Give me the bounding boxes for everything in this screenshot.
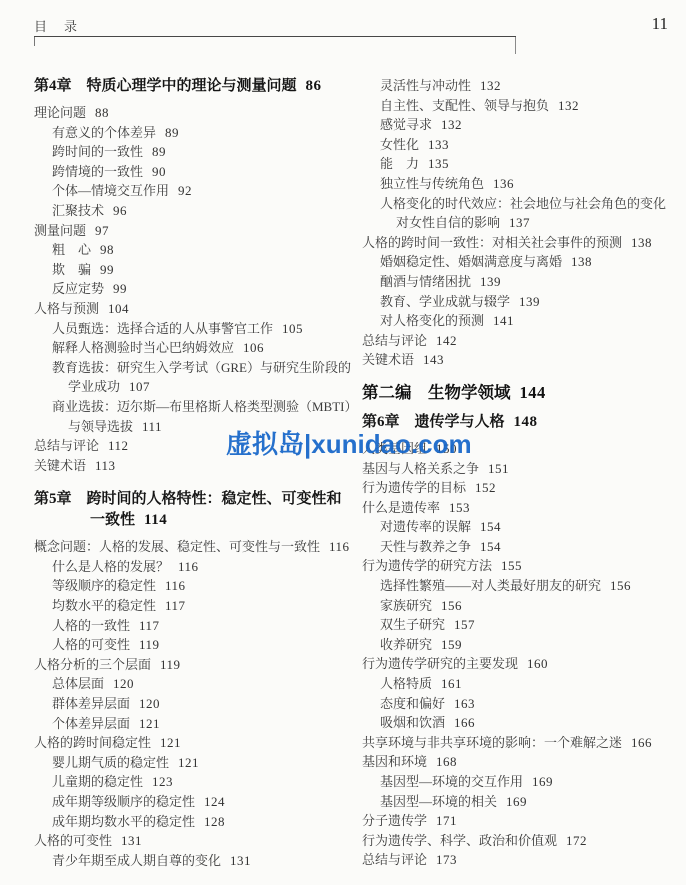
toc-entry-page: 105 <box>282 321 303 336</box>
toc-entry-page: 104 <box>108 301 129 316</box>
toc-entry-text: 行为遗传学的目标 <box>362 480 466 495</box>
toc-entry-page: 173 <box>436 852 457 867</box>
toc-entry: 成年期等级顺序的稳定性124 <box>34 792 362 812</box>
toc-entry-page: 139 <box>480 274 501 289</box>
toc-entry: 人格的跨时间稳定性121 <box>34 733 362 753</box>
toc-entry-text: 第二编 生物学领域 <box>362 383 511 402</box>
toc-entry-text: 成年期均数水平的稳定性 <box>52 814 195 829</box>
toc-entry: 关键术语143 <box>362 350 686 370</box>
toc-entry-text: 测量问题 <box>34 223 86 238</box>
toc-entry-text: 理论问题 <box>34 105 86 120</box>
toc-entry: 儿童期的稳定性123 <box>34 772 362 792</box>
toc-entry-text: 人格分析的三个层面 <box>34 657 151 672</box>
toc-entry-text: 婚姻稳定性、婚姻满意度与离婚 <box>380 254 562 269</box>
toc-entry-text: 欺 骗 <box>52 262 91 277</box>
toc-entry-text: 对女性自信的影响 <box>396 215 500 230</box>
toc-entry-page: 86 <box>306 78 322 94</box>
toc-entry-page: 136 <box>493 176 514 191</box>
toc-entry: 家族研究156 <box>362 596 686 616</box>
toc-entry: 人格与预测104 <box>34 299 362 319</box>
toc-entry: 总体层面120 <box>34 674 362 694</box>
toc-entry-text: 跨时间的一致性 <box>52 144 143 159</box>
toc-entry: 吸烟和饮酒166 <box>362 713 686 733</box>
toc-entry-text: 均数水平的稳定性 <box>52 598 156 613</box>
toc-entry-page: 121 <box>160 735 181 750</box>
toc-entry-text: 学业成功 <box>68 379 120 394</box>
toc-entry: 测量问题97 <box>34 221 362 241</box>
toc-entry: 灵活性与冲动性132 <box>362 76 686 96</box>
toc-entry-page: 89 <box>165 125 179 140</box>
toc-page: 目 录 11 第4章 特质心理学中的理论与测量问题86理论问题88有意义的个体差… <box>0 0 686 885</box>
toc-entry: 概念问题：人格的发展、稳定性、可变性与一致性116 <box>34 537 362 557</box>
toc-entry-text: 跨情境的一致性 <box>52 164 143 179</box>
toc-entry-text: 青少年期至成人期自尊的变化 <box>52 853 221 868</box>
toc-entry-page: 166 <box>454 715 475 730</box>
toc-entry-text: 人格变化的时代效应：社会地位与社会角色的变化 <box>380 196 666 211</box>
page-number: 11 <box>652 14 668 34</box>
toc-entry: 行为遗传学的目标152 <box>362 478 686 498</box>
toc-entry-text: 概念问题：人格的发展、稳定性、可变性与一致性 <box>34 539 320 554</box>
toc-entry-page: 172 <box>566 833 587 848</box>
toc-entry-text: 总结与评论 <box>362 333 427 348</box>
toc-entry-page: 121 <box>139 716 160 731</box>
toc-entry-text: 对遗传率的误解 <box>380 519 471 534</box>
toc-entry-text: 行为遗传学研究的主要发现 <box>362 656 518 671</box>
toc-entry-page: 117 <box>165 598 186 613</box>
toc-entry-page: 132 <box>480 78 501 93</box>
toc-entry-text: 一致性 <box>90 512 135 528</box>
toc-entry-text: 对人格变化的预测 <box>380 313 484 328</box>
toc-entry: 行为遗传学研究的主要发现160 <box>362 654 686 674</box>
toc-entry-text: 儿童期的稳定性 <box>52 774 143 789</box>
toc-entry: 能 力135 <box>362 154 686 174</box>
toc-entry: 学业成功107 <box>34 377 362 397</box>
toc-entry: 婚姻稳定性、婚姻满意度与离婚138 <box>362 252 686 272</box>
toc-entry-page: 161 <box>441 676 462 691</box>
toc-entry: 人格特质161 <box>362 674 686 694</box>
toc-entry-page: 99 <box>113 281 127 296</box>
toc-entry-page: 119 <box>160 657 181 672</box>
toc-entry-text: 第6章 遗传学与人格 <box>362 414 505 430</box>
toc-entry: 对女性自信的影响137 <box>362 213 686 233</box>
toc-entry: 人格变化的时代效应：社会地位与社会角色的变化 <box>362 194 686 214</box>
toc-entry: 粗 心98 <box>34 240 362 260</box>
toc-entry: 教育选拔：研究生入学考试（GRE）与研究生阶段的 <box>34 358 362 378</box>
toc-entry-text: 基因和环境 <box>362 754 427 769</box>
toc-entry-text: 关键术语 <box>362 352 414 367</box>
toc-entry-text: 收养研究 <box>380 637 432 652</box>
toc-entry: 基因与人格关系之争151 <box>362 459 686 479</box>
toc-entry-page: 132 <box>558 98 579 113</box>
toc-entry-text: 选择性繁殖——对人类最好朋友的研究 <box>380 578 601 593</box>
toc-entry-page: 148 <box>514 414 538 430</box>
toc-entry: 基因型—环境的交互作用169 <box>362 772 686 792</box>
toc-entry: 天性与教养之争154 <box>362 537 686 557</box>
toc-entry-page: 124 <box>204 794 225 809</box>
toc-entry-page: 159 <box>441 637 462 652</box>
toc-entry-text: 酗酒与情绪困扰 <box>380 274 471 289</box>
toc-entry: 基因型—环境的相关169 <box>362 792 686 812</box>
toc-entry: 基因和环境168 <box>362 752 686 772</box>
toc-entry-text: 天性与教养之争 <box>380 539 471 554</box>
toc-entry-text: 群体差异层面 <box>52 696 130 711</box>
toc-entry: 行为遗传学、科学、政治和价值观172 <box>362 831 686 851</box>
toc-entry-page: 89 <box>152 144 166 159</box>
toc-entry: 跨情境的一致性90 <box>34 162 362 182</box>
toc-entry: 对人格变化的预测141 <box>362 311 686 331</box>
toc-entry-page: 117 <box>139 618 160 633</box>
toc-entry-text: 等级顺序的稳定性 <box>52 578 156 593</box>
toc-entry-page: 144 <box>520 383 546 402</box>
toc-entry-text: 人格的可变性 <box>52 637 130 652</box>
toc-entry-page: 106 <box>243 340 264 355</box>
toc-entry: 双生子研究157 <box>362 615 686 635</box>
toc-entry-text: 行为遗传学的研究方法 <box>362 558 492 573</box>
toc-entry-text: 人格的可变性 <box>34 833 112 848</box>
toc-column-right: 灵活性与冲动性132自主性、支配性、领导与抱负132感觉寻求132女性化133能… <box>362 76 686 870</box>
watermark: 虚拟岛|xunidao.com <box>226 430 472 458</box>
toc-entry: 态度和偏好163 <box>362 694 686 714</box>
toc-entry-text: 独立性与传统角色 <box>380 176 484 191</box>
toc-entry: 什么是人格的发展？116 <box>34 557 362 577</box>
toc-entry: 个体差异层面121 <box>34 714 362 734</box>
toc-entry-page: 163 <box>454 696 475 711</box>
toc-entry: 人格的可变性119 <box>34 635 362 655</box>
toc-entry-page: 96 <box>113 203 127 218</box>
toc-entry: 有意义的个体差异89 <box>34 123 362 143</box>
toc-entry-page: 92 <box>178 183 192 198</box>
toc-entry: 等级顺序的稳定性116 <box>34 576 362 596</box>
toc-entry-text: 教育选拔：研究生入学考试（GRE）与研究生阶段的 <box>52 360 351 375</box>
toc-entry-text: 人格特质 <box>380 676 432 691</box>
toc-entry-page: 154 <box>480 539 501 554</box>
toc-entry-text: 能 力 <box>380 156 419 171</box>
toc-entry-page: 128 <box>204 814 225 829</box>
toc-entry-page: 90 <box>152 164 166 179</box>
toc-entry: 独立性与传统角色136 <box>362 174 686 194</box>
toc-entry: 理论问题88 <box>34 103 362 123</box>
toc-entry-text: 分子遗传学 <box>362 813 427 828</box>
toc-entry: 成年期均数水平的稳定性128 <box>34 812 362 832</box>
toc-entry: 分子遗传学171 <box>362 811 686 831</box>
toc-entry-text: 女性化 <box>380 137 419 152</box>
page-title: 目 录 <box>34 16 79 35</box>
toc-entry-text: 态度和偏好 <box>380 696 445 711</box>
toc-entry-text: 总结与评论 <box>362 852 427 867</box>
toc-entry: 女性化133 <box>362 135 686 155</box>
toc-entry-page: 131 <box>121 833 142 848</box>
toc-entry: 行为遗传学的研究方法155 <box>362 556 686 576</box>
toc-entry-text: 成年期等级顺序的稳定性 <box>52 794 195 809</box>
toc-entry-page: 88 <box>95 105 109 120</box>
toc-entry-page: 143 <box>423 352 444 367</box>
toc-entry-text: 行为遗传学、科学、政治和价值观 <box>362 833 557 848</box>
toc-column-left: 第4章 特质心理学中的理论与测量问题86理论问题88有意义的个体差异89跨时间的… <box>34 76 362 870</box>
toc-entry: 汇聚技术96 <box>34 201 362 221</box>
toc-entry: 第4章 特质心理学中的理论与测量问题86 <box>34 76 362 97</box>
toc-entry-page: 116 <box>329 539 350 554</box>
toc-entry: 感觉寻求132 <box>362 115 686 135</box>
toc-entry-text: 人员甄选：选择合适的人从事警官工作 <box>52 321 273 336</box>
toc-entry-page: 99 <box>100 262 114 277</box>
toc-entry-text: 教育、学业成就与辍学 <box>380 294 510 309</box>
toc-entry-page: 153 <box>449 500 470 515</box>
toc-entry-page: 107 <box>129 379 150 394</box>
toc-entry: 一致性114 <box>34 510 362 531</box>
toc-entry-page: 139 <box>519 294 540 309</box>
toc-entry-page: 156 <box>610 578 631 593</box>
toc-entry-text: 家族研究 <box>380 598 432 613</box>
toc-entry-text: 总体层面 <box>52 676 104 691</box>
toc-entry: 自主性、支配性、领导与抱负132 <box>362 96 686 116</box>
toc-entry: 均数水平的稳定性117 <box>34 596 362 616</box>
toc-entry-text: 基因与人格关系之争 <box>362 461 479 476</box>
toc-entry-text: 商业选拔：迈尔斯—布里格斯人格类型测验（MBTI） <box>52 399 358 414</box>
toc-entry: 解释人格测验时当心巴纳姆效应106 <box>34 338 362 358</box>
toc-entry-page: 113 <box>95 458 116 473</box>
toc-entry: 婴儿期气质的稳定性121 <box>34 753 362 773</box>
toc-entry: 群体差异层面120 <box>34 694 362 714</box>
toc-entry-page: 156 <box>441 598 462 613</box>
toc-entry: 酗酒与情绪困扰139 <box>362 272 686 292</box>
toc-entry: 对遗传率的误解154 <box>362 517 686 537</box>
toc-entry: 反应定势99 <box>34 279 362 299</box>
toc-entry-page: 137 <box>509 215 530 230</box>
toc-entry-text: 人格的一致性 <box>52 618 130 633</box>
toc-entry-text: 总结与评论 <box>34 438 99 453</box>
toc-entry-page: 98 <box>100 242 114 257</box>
toc-entry-page: 119 <box>139 637 160 652</box>
toc-entry-text: 人格与预测 <box>34 301 99 316</box>
toc-entry: 人格的一致性117 <box>34 616 362 636</box>
toc-entry: 第二编 生物学领域144 <box>362 382 686 404</box>
toc-entry: 人格的可变性131 <box>34 831 362 851</box>
toc-entry-text: 第5章 跨时间的人格特性：稳定性、可变性和 <box>34 491 342 507</box>
toc-entry: 个体—情境交互作用92 <box>34 181 362 201</box>
toc-entry: 第5章 跨时间的人格特性：稳定性、可变性和 <box>34 489 362 510</box>
toc-entry-text: 感觉寻求 <box>380 117 432 132</box>
toc-entry-text: 有意义的个体差异 <box>52 125 156 140</box>
toc-entry-text: 人格的跨时间稳定性 <box>34 735 151 750</box>
toc-entry-text: 第4章 特质心理学中的理论与测量问题 <box>34 78 297 94</box>
toc-entry-page: 135 <box>428 156 449 171</box>
toc-entry-page: 97 <box>95 223 109 238</box>
toc-entry: 人格的跨时间一致性：对相关社会事件的预测138 <box>362 233 686 253</box>
toc-entry-text: 什么是人格的发展？ <box>52 559 169 574</box>
toc-entry: 跨时间的一致性89 <box>34 142 362 162</box>
toc-entry-text: 粗 心 <box>52 242 91 257</box>
toc-entry-page: 132 <box>441 117 462 132</box>
header-rule <box>34 36 516 37</box>
toc-entry-page: 121 <box>178 755 199 770</box>
toc-entry: 什么是遗传率153 <box>362 498 686 518</box>
toc-entry-page: 166 <box>631 735 652 750</box>
toc-entry-page: 133 <box>428 137 449 152</box>
toc-entry: 收养研究159 <box>362 635 686 655</box>
toc-entry-page: 138 <box>571 254 592 269</box>
toc-entry-text: 关键术语 <box>34 458 86 473</box>
toc-entry-page: 111 <box>142 419 162 434</box>
toc-entry: 总结与评论142 <box>362 331 686 351</box>
toc-entry-page: 131 <box>230 853 251 868</box>
toc-entry-page: 154 <box>480 519 501 534</box>
toc-entry: 总结与评论173 <box>362 850 686 870</box>
toc-entry-text: 人格的跨时间一致性：对相关社会事件的预测 <box>362 235 622 250</box>
toc-entry-page: 168 <box>436 754 457 769</box>
toc-entry-page: 160 <box>527 656 548 671</box>
toc-entry: 选择性繁殖——对人类最好朋友的研究156 <box>362 576 686 596</box>
toc-entry: 共享环境与非共享环境的影响：一个难解之迷166 <box>362 733 686 753</box>
toc-entry-text: 个体—情境交互作用 <box>52 183 169 198</box>
toc-entry-text: 什么是遗传率 <box>362 500 440 515</box>
toc-entry-text: 婴儿期气质的稳定性 <box>52 755 169 770</box>
toc-entry-text: 基因型—环境的交互作用 <box>380 774 523 789</box>
toc-entry-text: 共享环境与非共享环境的影响：一个难解之迷 <box>362 735 622 750</box>
toc-entry-text: 反应定势 <box>52 281 104 296</box>
toc-entry-page: 138 <box>631 235 652 250</box>
toc-entry-page: 116 <box>178 559 199 574</box>
toc-entry-page: 169 <box>532 774 553 789</box>
toc-entry-page: 114 <box>144 512 167 528</box>
toc-entry-page: 169 <box>506 794 527 809</box>
toc-entry-page: 157 <box>454 617 475 632</box>
toc-entry-page: 152 <box>475 480 496 495</box>
toc-entry-text: 双生子研究 <box>380 617 445 632</box>
toc-entry-page: 141 <box>493 313 514 328</box>
toc-entry-text: 解释人格测验时当心巴纳姆效应 <box>52 340 234 355</box>
toc-entry-text: 汇聚技术 <box>52 203 104 218</box>
toc-entry-text: 自主性、支配性、领导与抱负 <box>380 98 549 113</box>
toc-entry: 人格分析的三个层面119 <box>34 655 362 675</box>
toc-entry: 人员甄选：选择合适的人从事警官工作105 <box>34 319 362 339</box>
toc-entry: 教育、学业成就与辍学139 <box>362 292 686 312</box>
toc-entry: 欺 骗99 <box>34 260 362 280</box>
toc-entry-page: 171 <box>436 813 457 828</box>
toc-entry-page: 155 <box>501 558 522 573</box>
toc-entry-text: 与领导选拔 <box>68 419 133 434</box>
toc-entry: 商业选拔：迈尔斯—布里格斯人格类型测验（MBTI） <box>34 397 362 417</box>
toc-entry-text: 个体差异层面 <box>52 716 130 731</box>
toc-entry: 青少年期至成人期自尊的变化131 <box>34 851 362 871</box>
toc-entry-page: 112 <box>108 438 129 453</box>
toc-entry-page: 142 <box>436 333 457 348</box>
toc-entry-text: 灵活性与冲动性 <box>380 78 471 93</box>
toc-entry-page: 120 <box>139 696 160 711</box>
toc-entry-text: 吸烟和饮酒 <box>380 715 445 730</box>
toc-entry-text: 基因型—环境的相关 <box>380 794 497 809</box>
toc-entry-page: 116 <box>165 578 186 593</box>
toc-entry-page: 123 <box>152 774 173 789</box>
toc-entry-page: 120 <box>113 676 134 691</box>
toc-entry-page: 151 <box>488 461 509 476</box>
